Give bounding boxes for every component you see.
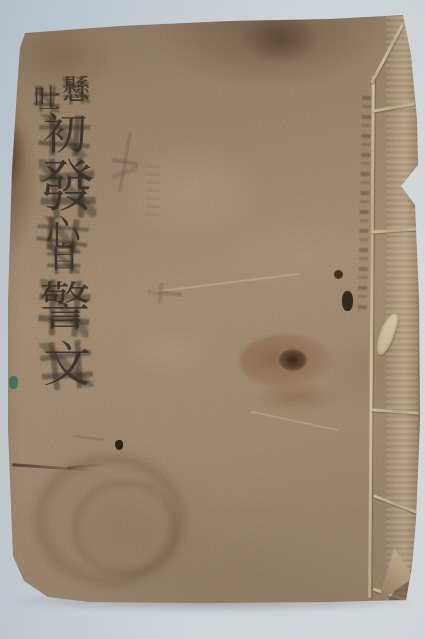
title-char-ja: 自 xyxy=(45,242,83,276)
faint-handwriting-mark xyxy=(148,283,182,303)
title-char-gyeong: 警 xyxy=(36,276,94,340)
stain-reddish-dark-core xyxy=(279,349,307,371)
ink-dot xyxy=(115,440,123,450)
ink-spot-large xyxy=(342,291,353,311)
annotation-char-hyeon: 懸 xyxy=(61,74,91,106)
faint-pencil-scribble xyxy=(74,430,104,446)
title-char-cho: 初 xyxy=(36,112,94,158)
title-char-mun: 文 xyxy=(38,338,96,392)
water-stain-ring-inner xyxy=(70,478,180,578)
photo-antique-book: 吐 懸 初 發 心 自 警 文 xyxy=(0,0,425,639)
faint-handwriting-mark xyxy=(112,132,138,192)
title-char-bal: 發 xyxy=(36,154,98,222)
ink-spot-small xyxy=(334,270,343,279)
book-cover: 吐 懸 初 發 心 自 警 文 xyxy=(0,0,425,639)
teal-paint-mark xyxy=(9,376,18,389)
faint-bleedthrough-strokes xyxy=(146,165,160,215)
stain-reddish-tail xyxy=(256,383,336,411)
